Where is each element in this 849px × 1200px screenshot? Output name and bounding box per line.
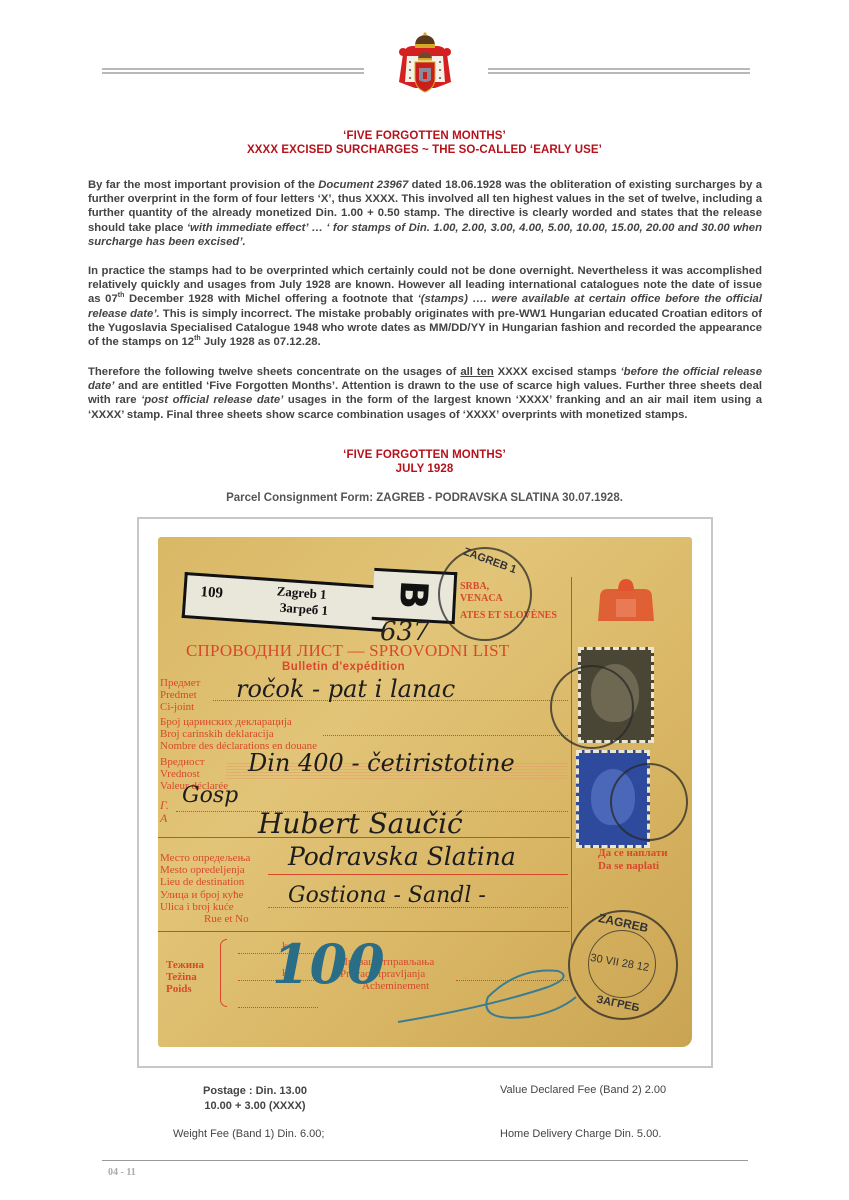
handwritten-gosp: Gosp (182, 783, 238, 808)
weight-cyr: Тежина (166, 959, 204, 971)
item-caption: Parcel Consignment Form: ZAGREB - PODRAV… (0, 492, 849, 504)
p1-document-ref: Document 23967 (318, 179, 408, 191)
handwritten-addressee: Hubert Saučić (258, 807, 463, 840)
parcel-consignment-form: 109 Zagreb 1 Загреб 1 B SRBA, VENACA ATE… (158, 537, 692, 1047)
intro-paragraph-1: By far the most important provision of t… (88, 178, 762, 249)
weight-brace (220, 939, 227, 1007)
predmet-cyr: Предмет (160, 677, 200, 689)
p3-quote-2: ‘post official release date’ (141, 394, 283, 406)
section-title-line1: ‘FIVE FORGOTTEN MONTHS’ (0, 449, 849, 462)
column-divider (571, 577, 572, 949)
handwritten-destination: Podravska Slatina (288, 842, 516, 871)
predmet-fr: Ci-joint (160, 701, 200, 713)
handwritten-weight: 100 (272, 932, 385, 996)
p3-text-a: Therefore the following twelve sheets co… (88, 366, 460, 378)
section-title-line2: JULY 1928 (0, 463, 849, 476)
page-title-line2: XXXX EXCISED SURCHARGES ~ THE SO-CALLED … (0, 144, 849, 157)
destination-cyr: Место опредељења (160, 852, 250, 864)
to-pay-label: Да се наплати Da se naplati (598, 847, 668, 873)
declarations-lat: Broj carinskih deklaracija (160, 728, 317, 740)
value-lat: Vrednost (160, 768, 228, 780)
field-declarations-label: Број царинских декларација Broj carinski… (160, 716, 317, 752)
exhibit-frame: 109 Zagreb 1 Загреб 1 B SRBA, VENACA ATE… (137, 517, 713, 1068)
royal-coat-of-arms-icon (397, 32, 453, 98)
form-subtitle: Bulletin d'expédition (282, 661, 405, 673)
weight-lat: Težina (166, 971, 204, 983)
postmark-stamp-1 (550, 665, 634, 749)
postmark-top-text: ZAGREB 1 (462, 546, 518, 576)
predmet-lat: Predmet (160, 689, 200, 701)
intro-paragraph-3: Therefore the following twelve sheets co… (88, 365, 762, 422)
p3-all-ten: all ten (460, 366, 493, 378)
street-lat: Ulica i broj kuće (160, 901, 249, 913)
value-cyr: Вредност (160, 756, 228, 768)
printed-crest-icon (596, 577, 656, 621)
header-rule-left (102, 68, 364, 74)
field-street-label: Улица и број куће Ulica i broj kuće Rue … (160, 889, 249, 925)
weight-fr: Poids (166, 983, 204, 995)
declarations-line (323, 735, 568, 736)
field-weight-label: Тежина Težina Poids (166, 959, 204, 995)
postage-summary: Postage : Din. 13.00 10.00 + 3.00 (XXXX) (190, 1084, 320, 1114)
handwritten-number: 637 (380, 617, 430, 647)
p2-sup-2: th (194, 335, 201, 342)
p2-text-e: July 1928 as 07.12.28. (201, 336, 321, 348)
weight-line-3 (238, 1007, 318, 1008)
handwritten-street: Gostiona - Sandl - (288, 883, 486, 908)
postmark-stamp-2 (610, 763, 688, 841)
field-destination-label: Место опредељења Mesto opredeljenja Lieu… (160, 852, 250, 888)
field-predmet-label: Предмет Predmet Ci-joint (160, 677, 200, 713)
postmark-zagreb-dated: ZAGREB 30 VII 28 12 ЗАГРЕБ (568, 910, 678, 1020)
intro-paragraph-2: In practice the stamps had to be overpri… (88, 264, 762, 349)
postage-breakdown: 10.00 + 3.00 (XXXX) (190, 1099, 320, 1114)
p2-text-d: This is simply incorrect. The mistake pr… (88, 308, 762, 348)
page-title-line1: ‘FIVE FORGOTTEN MONTHS’ (0, 130, 849, 143)
home-delivery-fee: Home Delivery Charge Din. 5.00. (500, 1128, 661, 1140)
street-fr: Rue et No (160, 913, 249, 925)
p3-text-c: XXXX excised stamps (494, 366, 621, 378)
form-title: СПРОВОДНИ ЛИСТ — SPROVODNI LIST (186, 641, 509, 661)
destination-line (268, 874, 568, 875)
label-number: 109 (200, 584, 224, 603)
destination-fr: Lieu de destination (160, 876, 250, 888)
to-pay-cyr: Да се наплати (598, 847, 668, 860)
p1-text-a: By far the most important provision of t… (88, 179, 318, 191)
p2-text-b: December 1928 with Michel offering a foo… (124, 293, 417, 305)
destination-lat: Mesto opredeljenja (160, 864, 250, 876)
blue-pencil-scribble (398, 967, 578, 1027)
handwritten-value: Din 400 - četiristotine (248, 749, 515, 777)
street-cyr: Улица и број куће (160, 889, 249, 901)
handwritten-contents: ročok - pat i lanac (236, 675, 455, 703)
footer-rule (102, 1160, 748, 1161)
postmark-zagreb-top: ZAGREB 1 (438, 547, 532, 641)
p1-quote: ‘with immediate effect’ … ‘ for stamps o… (88, 222, 762, 248)
addressee-lat: A (160, 812, 169, 825)
weight-fee: Weight Fee (Band 1) Din. 6.00; (173, 1128, 324, 1140)
declarations-cyr: Број царинских декларација (160, 716, 317, 728)
page-number: 04 - 11 (108, 1167, 136, 1178)
value-declared-fee: Value Declared Fee (Band 2) 2.00 (500, 1084, 666, 1096)
postage-total: Postage : Din. 13.00 (190, 1084, 320, 1099)
label-letter: B (392, 579, 435, 610)
label-office-cyrillic: Загреб 1 (279, 600, 329, 619)
to-pay-lat: Da se naplati (598, 860, 668, 873)
header-rule-right (488, 68, 750, 74)
field-addressee-label: Г. A (160, 799, 169, 825)
registration-label: 109 Zagreb 1 Загреб 1 (182, 572, 388, 632)
